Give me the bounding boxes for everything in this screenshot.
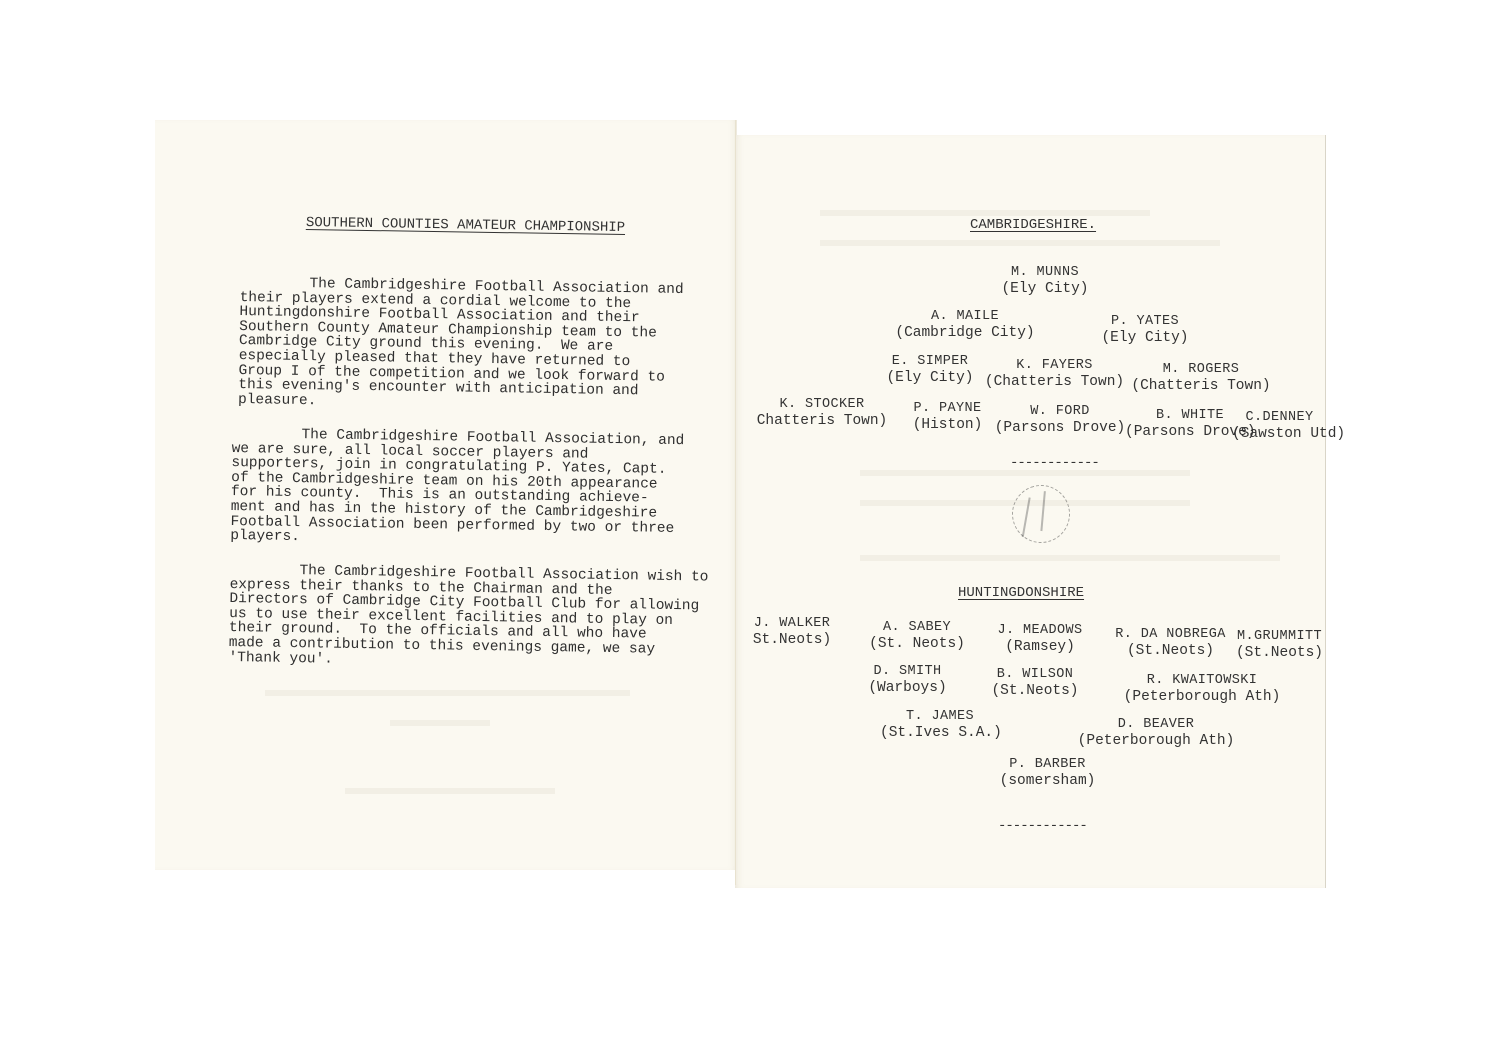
player-club: (St. Neots) [862,636,972,652]
player-club: St.Neots) [742,632,842,648]
show-through [390,720,490,726]
player-club: (Sawston Utd) [1232,426,1327,442]
show-through [820,210,1150,216]
player-entry: M.GRUMMITT(St.Neots) [1232,629,1327,661]
player-name: K. FAYERS [982,358,1127,374]
player-name: E. SIMPER [880,354,980,370]
away-team-heading: HUNTINGDONSHIRE [958,586,1084,600]
player-name: T. JAMES [880,709,1000,725]
separator: ------------ [1010,455,1099,471]
player-entry: E. SIMPER(Ely City) [880,354,980,386]
player-entry: J. WALKERSt.Neots) [742,616,842,648]
player-entry: P. PAYNE(Histon) [905,401,990,433]
player-name: W. FORD [990,404,1130,420]
player-name: B. WILSON [985,667,1085,683]
home-team-heading: CAMBRIDGESHIRE. [970,218,1096,232]
player-entry: B. WILSON(St.Neots) [985,667,1085,699]
player-entry: D. BEAVER(Peterborough Ath) [1066,717,1246,749]
player-club: (Warboys) [865,680,950,696]
player-club: (Ely City) [1085,330,1205,346]
player-entry: M. ROGERS(Chatteris Town) [1126,362,1276,394]
player-entry: T. JAMES(St.Ives S.A.) [880,709,1000,741]
player-name: D. BEAVER [1066,717,1246,733]
player-name: R. DA NOBREGA [1108,627,1233,643]
player-entry: A. SABEY(St. Neots) [862,620,972,652]
player-entry: P. BARBER(somersham) [990,757,1105,789]
player-name: J. WALKER [742,616,842,632]
show-through [860,555,1280,561]
player-club: (Chatteris Town) [1126,378,1276,394]
end-separator: ------------ [998,818,1087,834]
player-club: Chatteris Town) [752,413,892,429]
player-club: (St.Neots) [1232,645,1327,661]
player-name: P. PAYNE [905,401,990,417]
player-entry: K. FAYERS(Chatteris Town) [982,358,1127,390]
player-club: (St.Neots) [985,683,1085,699]
player-club: (Histon) [905,417,990,433]
player-entry: R. DA NOBREGA(St.Neots) [1108,627,1233,659]
player-name: R. KWAITOWSKI [1112,673,1292,689]
player-club: (Peterborough Ath) [1066,733,1246,749]
player-name: P. YATES [1085,314,1205,330]
player-club: (somersham) [990,773,1105,789]
player-entry: R. KWAITOWSKI(Peterborough Ath) [1112,673,1292,705]
player-club: (Chatteris Town) [982,374,1127,390]
show-through [265,690,630,696]
show-through [820,240,1220,246]
player-club: (Ely City) [990,281,1100,297]
player-name: A. MAILE [890,309,1040,325]
congratulations-paragraph: The Cambridgeshire Football Association,… [230,427,684,551]
player-entry: P. YATES(Ely City) [1085,314,1205,346]
player-club: (Peterborough Ath) [1112,689,1292,705]
player-name: K. STOCKER [752,397,892,413]
player-name: M. MUNNS [990,265,1100,281]
player-club: (St.Ives S.A.) [880,725,1000,741]
player-name: M. ROGERS [1126,362,1276,378]
player-name: A. SABEY [862,620,972,636]
page-fold [735,120,736,885]
player-name: C.DENNEY [1232,410,1327,426]
welcome-paragraph: The Cambridgeshire Football Association … [238,276,684,414]
show-through [345,788,555,794]
player-name: D. SMITH [865,664,950,680]
player-club: (Ely City) [880,370,980,386]
player-club: (Parsons Drove) [990,420,1130,436]
player-entry: C.DENNEY(Sawston Utd) [1232,410,1327,442]
player-entry: W. FORD(Parsons Drove) [990,404,1130,436]
player-club: (Ramsey) [985,639,1095,655]
player-entry: D. SMITH(Warboys) [865,664,950,696]
player-name: J. MEADOWS [985,623,1095,639]
player-entry: K. STOCKERChatteris Town) [752,397,892,429]
player-club: (Cambridge City) [890,325,1040,341]
player-club: (St.Neots) [1108,643,1233,659]
player-entry: M. MUNNS(Ely City) [990,265,1100,297]
thanks-paragraph: The Cambridgeshire Football Association … [228,563,708,673]
player-name: M.GRUMMITT [1232,629,1327,645]
player-entry: J. MEADOWS(Ramsey) [985,623,1095,655]
player-entry: A. MAILE(Cambridge City) [890,309,1040,341]
player-name: P. BARBER [990,757,1105,773]
